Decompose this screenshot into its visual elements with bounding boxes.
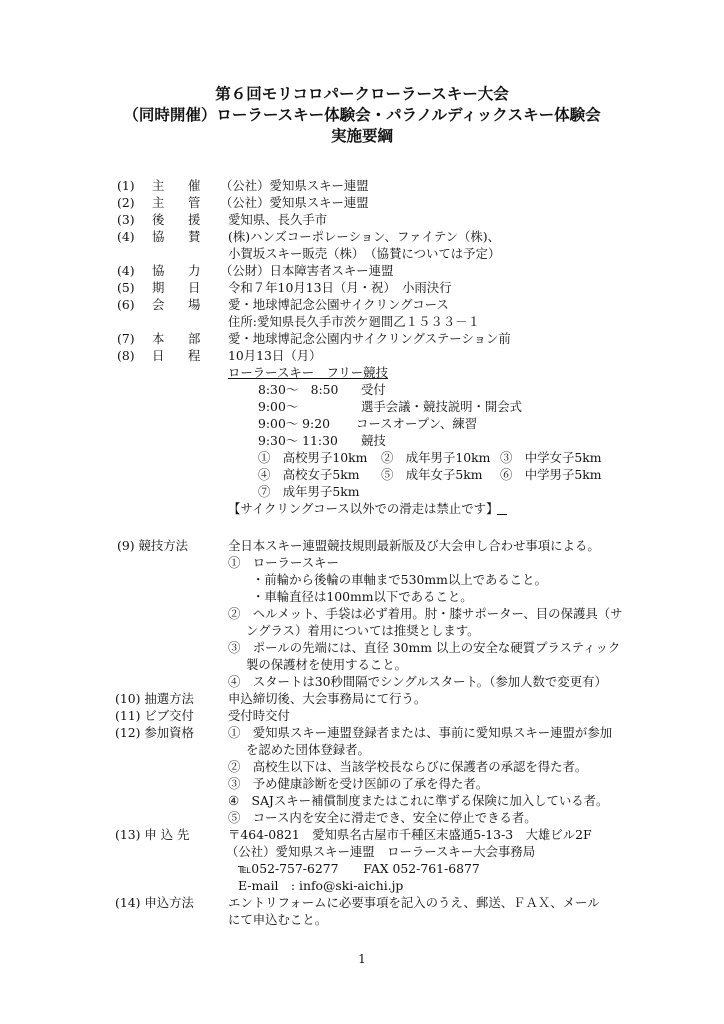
item-number: (4) (117, 228, 135, 245)
section-line: にて申込むこと。 (228, 911, 327, 928)
item-label-char: 力 (188, 262, 200, 279)
item-value: 令和７年10月13日（月・祝） 小雨決行 (228, 279, 452, 296)
schedule-time: 9:00～ 9:20 (258, 415, 330, 432)
office-name: （公社）愛知県スキー連盟 ローラースキー大会事務局 (226, 843, 535, 860)
email: E-mail : info@ski-aichi.jp (238, 877, 403, 894)
phone-fax: ℡052-757-6277 FAX 052-761-6877 (238, 860, 480, 877)
item-number: (7) (117, 330, 135, 347)
category: ⑤ 成年女子5km (381, 466, 483, 483)
section-text: 受付時交付 (228, 707, 290, 724)
item-number: (2) (117, 194, 135, 211)
section-line: ・前輪から後輪の車軸まで530mm以上であること。 (252, 571, 547, 588)
item-label-char: 催 (188, 177, 200, 194)
course-notice: 【サイクリングコース以外での滑走は禁止です】 (228, 500, 498, 517)
item-label-char: 日 (152, 347, 164, 364)
item-number: (1) (117, 177, 135, 194)
section-line: ② 高校生以下は、当該学校長ならびに保護者の承認を得た者。 (228, 758, 587, 775)
item-value: （公社）愛知県スキー連盟 (220, 177, 369, 194)
item-label-char: 本 (152, 330, 164, 347)
schedule-time: 9:30～ 11:30 (258, 432, 338, 449)
section-text: 全日本スキー連盟競技規則最新版及び大会申し合わせ事項による。 (228, 537, 600, 554)
schedule-time: 9:00～ (258, 398, 298, 415)
item-label-char: 後 (152, 211, 164, 228)
document-title: 第６回モリコロパークローラースキー大会 (0, 84, 724, 105)
category: ③ 中学女子5km (500, 449, 602, 466)
item-label-char: 日 (188, 279, 200, 296)
item-label-char: 期 (152, 279, 164, 296)
section-line: ① 愛知県スキー連盟登録者または、事前に愛知県スキー連盟が参加 (228, 724, 612, 741)
section-line: ④ SAJスキー補償制度またはこれに準ずる保険に加入している者。 (228, 792, 608, 809)
schedule-heading: ローラースキー フリー競技 (228, 364, 388, 381)
category: ⑥ 中学男子5km (500, 466, 602, 483)
notice-underline (497, 514, 507, 515)
item-value: 愛・地球博記念公園サイクリングコース (228, 296, 449, 313)
item-label-char: 協 (152, 228, 164, 245)
section-line: ③ ポールの先端には、直径 30mm 以上の安全な硬質プラスティック (228, 639, 620, 656)
document-subtitle: （同時開催）ローラースキー体験会・パラノルディックスキー体験会 (0, 105, 724, 126)
item-value: 愛知県、長久手市 (228, 211, 327, 228)
category: ② 成年男子10km (381, 449, 490, 466)
document-heading: 実施要綱 (0, 126, 724, 147)
item-value-continued: 住所:愛知県長久手市茨ケ廻間乙１５３３－１ (228, 313, 480, 330)
category: ⑦ 成年男子5km (258, 483, 360, 500)
section-line: ④ スタートは30秒間隔でシングルスタート。（参加人数で変更有） (228, 673, 607, 690)
schedule-time: 8:30～ 8:50 (258, 381, 338, 398)
section-line: 製の保護材を使用すること。 (246, 656, 407, 673)
postal-address: 〒464-0821 愛知県名古屋市千種区末盛通5-13-3 大雄ビル2F (228, 826, 592, 843)
section-line: ① ローラースキー (228, 554, 339, 571)
item-number: (4) (117, 262, 135, 279)
category: ④ 高校女子5km (258, 466, 360, 483)
item-label-char: 賛 (188, 228, 200, 245)
section-line: ② ヘルメット、手袋は必ず着用。肘・膝サポーター、目の保護具（サ (228, 605, 623, 622)
schedule-event: 選手会議・競技説明・開会式 (361, 398, 522, 415)
item-number: (6) (117, 296, 135, 313)
item-label-char: 援 (188, 211, 200, 228)
category: ① 高校男子10km (258, 449, 367, 466)
section-line: を認めた団体登録者。 (246, 741, 370, 758)
item-value: 愛・地球博記念公園内サイクリングステーション前 (228, 330, 511, 347)
page-number: 1 (0, 952, 724, 966)
item-value: （公社）愛知県スキー連盟 (220, 194, 369, 211)
section-line: ングラス）着用については推奨とします。 (246, 622, 480, 639)
section-label: (10) 抽選方法 (115, 690, 194, 707)
section-label: (9) 競技方法 (117, 537, 188, 554)
item-value: 10月13日（月） (228, 347, 322, 364)
item-label-char: 主 (152, 177, 164, 194)
section-text: 申込締切後、大会事務局にて行う。 (228, 690, 426, 707)
item-value-continued: 小賀坂スキー販売（株） （協賛については予定） (228, 245, 500, 262)
section-line: ⑤ コース内を安全に滑走でき、安全に停止できる者。 (228, 809, 537, 826)
section-label: (12) 参加資格 (115, 724, 194, 741)
schedule-event: 受付 (361, 381, 386, 398)
item-label-char: 部 (188, 330, 200, 347)
schedule-event: 競技 (361, 432, 386, 449)
item-label-char: 協 (152, 262, 164, 279)
item-number: (3) (117, 211, 135, 228)
item-label-char: 程 (188, 347, 200, 364)
section-label: (13) 申 込 先 (115, 826, 189, 843)
section-label: (11) ビブ交付 (115, 707, 194, 724)
section-line: ③ 予め健康診断を受け医師の了承を得た者。 (228, 775, 488, 792)
schedule-event: コースオープン、練習 (356, 415, 477, 432)
section-label: (14) 申込方法 (115, 894, 194, 911)
item-label-char: 場 (188, 296, 200, 313)
item-label-char: 管 (188, 194, 200, 211)
item-value: (株)ハンズコーポレーション、ファイテン（株)、 (228, 228, 500, 245)
item-number: (5) (117, 279, 135, 296)
item-label-char: 会 (152, 296, 164, 313)
section-line: エントリフォームに必要事項を記入のうえ、郵送、ＦＡＸ、メール (228, 894, 600, 911)
item-value: （公財）日本障害者スキー連盟 (220, 262, 393, 279)
section-line: ・車輪直径は100mm以下であること。 (252, 588, 473, 605)
item-label-char: 主 (152, 194, 164, 211)
item-number: (8) (117, 347, 135, 364)
